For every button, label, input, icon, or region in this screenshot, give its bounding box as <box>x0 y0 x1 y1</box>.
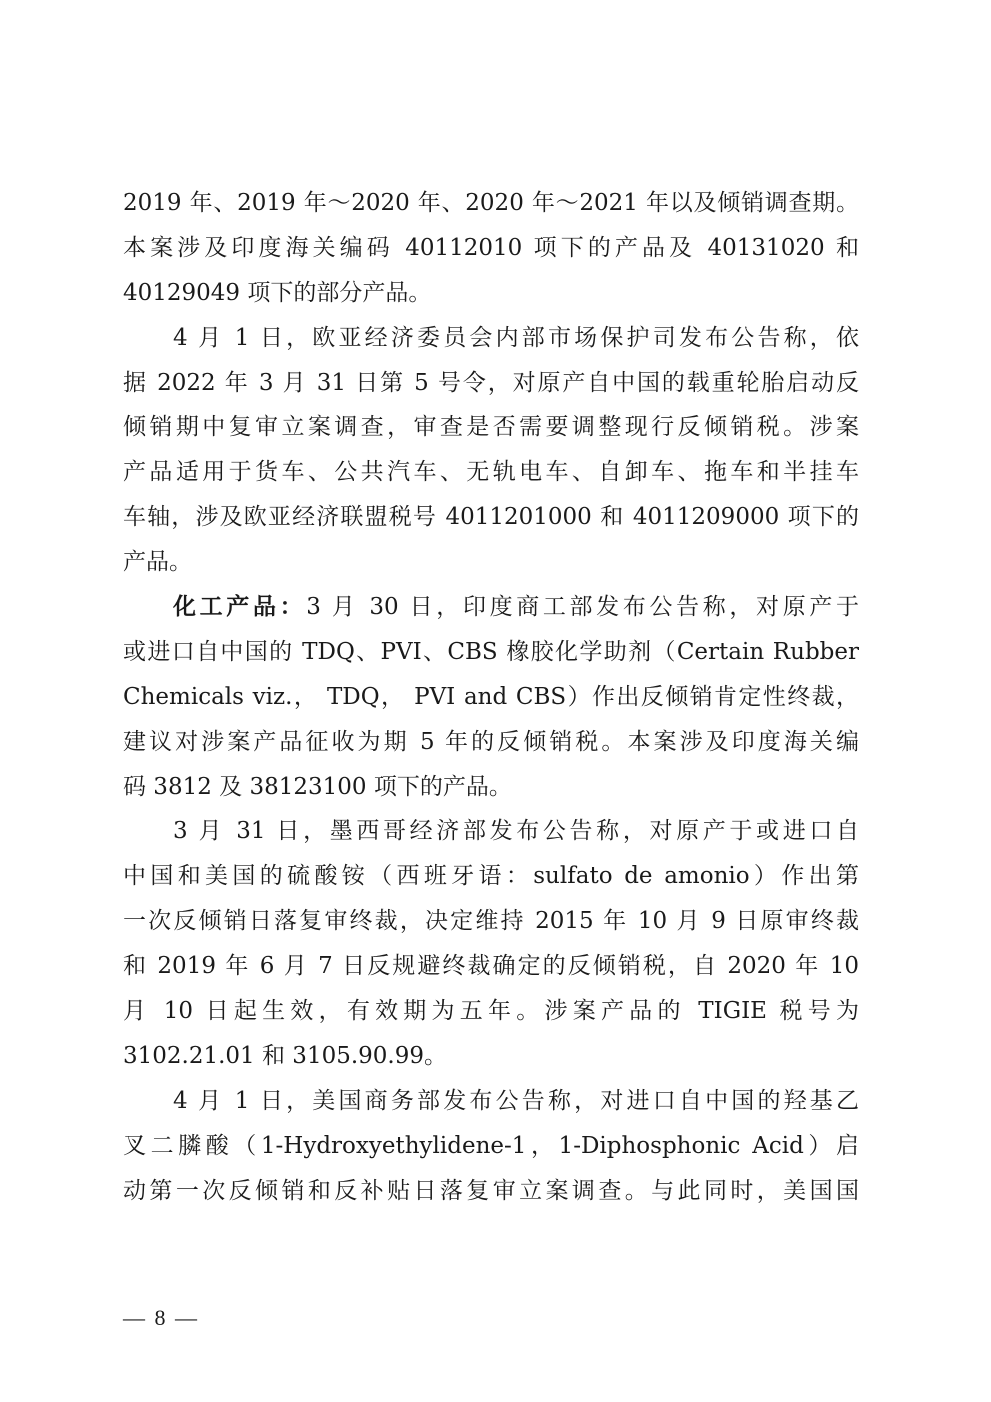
paragraph-eaeu-tyres: 4 月 1 日，欧亚经济委员会内部市场保护司发布公告称，依 据 2022 年 3… <box>123 316 859 585</box>
text-line: 化工产品：3 月 30 日，印度商工部发布公告称，对原产于 <box>123 585 859 630</box>
paragraph-chemical-india: 化工产品：3 月 30 日，印度商工部发布公告称，对原产于 或进口自中国的 TD… <box>123 585 859 809</box>
text-line: 本案涉及印度海关编码 40112010 项下的产品及 40131020 和 <box>123 226 859 271</box>
text-line: 叉二膦酸（1-Hydroxyethylidene-1，1-Diphosphoni… <box>123 1124 859 1169</box>
text-line: 40129049 项下的部分产品。 <box>123 271 859 316</box>
page-number: — 8 — <box>123 1300 199 1336</box>
paragraph-continuation: 2019 年、2019 年～2020 年、2020 年～2021 年以及倾销调查… <box>123 181 859 316</box>
text-line: 中国和美国的硫酸铵（西班牙语：sulfato de amonio）作出第 <box>123 854 859 899</box>
text-line: 3 月 31 日，墨西哥经济部发布公告称，对原产于或进口自 <box>123 809 859 854</box>
page-body: 2019 年、2019 年～2020 年、2020 年～2021 年以及倾销调查… <box>123 181 859 1213</box>
text-line: 和 2019 年 6 月 7 日反规避终裁确定的反倾销税，自 2020 年 10 <box>123 944 859 989</box>
text-line: 产品。 <box>123 540 859 585</box>
text-line: 一次反倾销日落复审终裁，决定维持 2015 年 10 月 9 日原审终裁 <box>123 899 859 944</box>
text-line: 动第一次反倾销和反补贴日落复审立案调查。与此同时，美国国 <box>123 1169 859 1214</box>
section-heading: 化工产品： <box>173 594 306 620</box>
text-run: 3 月 30 日，印度商工部发布公告称，对原产于 <box>306 594 859 620</box>
text-line: 倾销期中复审立案调查，审查是否需要调整现行反倾销税。涉案 <box>123 405 859 450</box>
paragraph-us-hedp: 4 月 1 日，美国商务部发布公告称，对进口自中国的羟基乙 叉二膦酸（1-Hyd… <box>123 1079 859 1214</box>
text-line: 车轴，涉及欧亚经济联盟税号 4011201000 和 4011209000 项下… <box>123 495 859 540</box>
text-line: 3102.21.01 和 3105.90.99。 <box>123 1034 859 1079</box>
text-line: 或进口自中国的 TDQ、PVI、CBS 橡胶化学助剂（Certain Rubbe… <box>123 630 859 675</box>
text-line: 4 月 1 日，美国商务部发布公告称，对进口自中国的羟基乙 <box>123 1079 859 1124</box>
text-line: 2019 年、2019 年～2020 年、2020 年～2021 年以及倾销调查… <box>123 181 859 226</box>
text-line: 建议对涉案产品征收为期 5 年的反倾销税。本案涉及印度海关编 <box>123 720 859 765</box>
paragraph-mexico-ammonium-sulfate: 3 月 31 日，墨西哥经济部发布公告称，对原产于或进口自 中国和美国的硫酸铵（… <box>123 809 859 1078</box>
text-line: 码 3812 及 38123100 项下的产品。 <box>123 765 859 810</box>
text-line: 月 10 日起生效，有效期为五年。涉案产品的 TIGIE 税号为 <box>123 989 859 1034</box>
text-line: 据 2022 年 3 月 31 日第 5 号令，对原产自中国的载重轮胎启动反 <box>123 361 859 406</box>
text-line: 产品适用于货车、公共汽车、无轨电车、自卸车、拖车和半挂车 <box>123 450 859 495</box>
text-line: Chemicals viz.， TDQ， PVI and CBS）作出反倾销肯定… <box>123 675 859 720</box>
text-line: 4 月 1 日，欧亚经济委员会内部市场保护司发布公告称，依 <box>123 316 859 361</box>
